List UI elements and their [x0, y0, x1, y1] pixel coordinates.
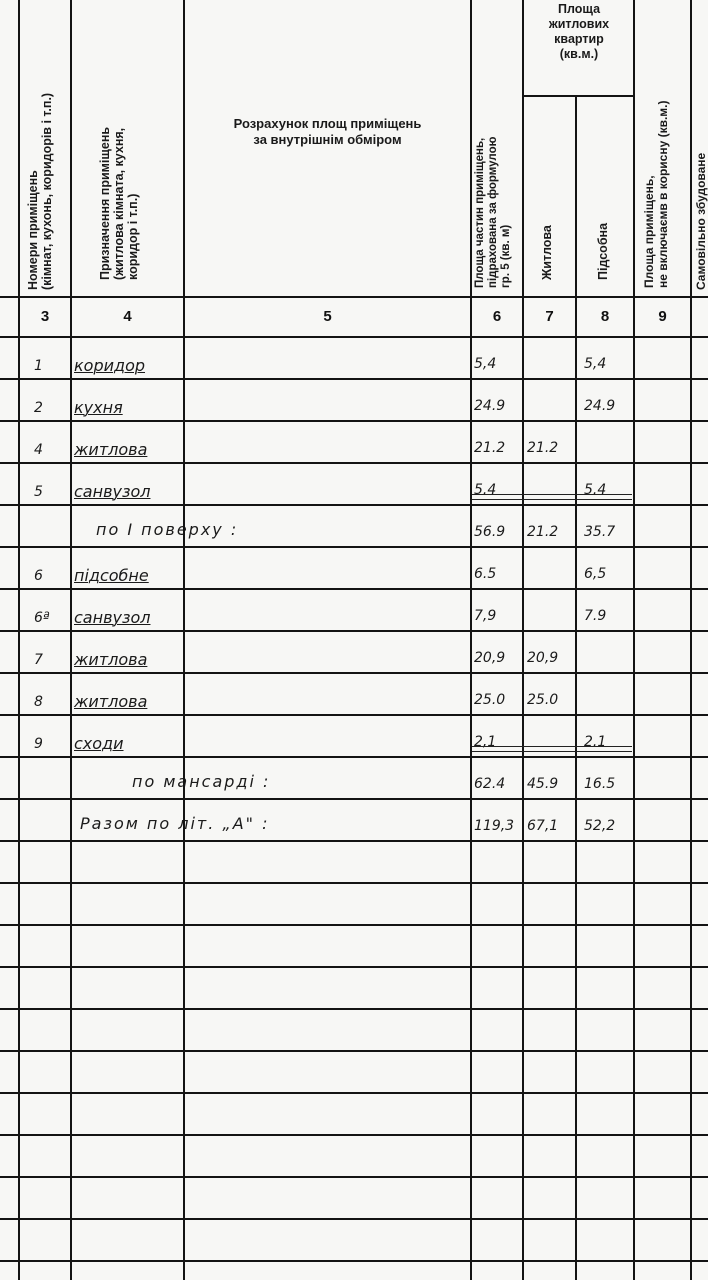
grid-line-horizontal: [0, 1260, 708, 1262]
grid-line-vertical: [575, 95, 577, 1280]
area-living: 21.2: [527, 440, 558, 456]
grid-line-horizontal: [0, 1008, 708, 1010]
area-total: 5,4: [474, 356, 496, 372]
room-number: 6: [34, 568, 43, 584]
grid-line-horizontal: [0, 630, 708, 632]
column-number-7: 7: [524, 308, 575, 325]
area-auxiliary: 52,2: [584, 818, 615, 834]
header-auxiliary: Підсобна: [596, 190, 610, 280]
room-number: 1: [34, 358, 43, 374]
grid-line-horizontal: [522, 95, 633, 97]
room-purpose: санвузол: [74, 608, 150, 627]
room-number: 6ª: [34, 610, 50, 626]
header-room-purpose: Призначення приміщень (житлова кімната, …: [98, 40, 140, 280]
grid-line-horizontal: [0, 672, 708, 674]
grid-line-horizontal: [0, 756, 708, 758]
grid-line-horizontal: [0, 588, 708, 590]
room-number: 2: [34, 400, 43, 416]
grid-line-horizontal: [0, 462, 708, 464]
room-number: 8: [34, 694, 43, 710]
grid-line-horizontal: [0, 798, 708, 800]
grid-line-horizontal: [0, 840, 708, 842]
room-number: 5: [34, 484, 43, 500]
grid-line-vertical: [522, 0, 524, 1280]
table-row: по мансарді :62.445.916.5: [0, 756, 708, 798]
room-purpose: сходи: [74, 734, 124, 753]
area-living: 20,9: [527, 650, 558, 666]
area-auxiliary: 24.9: [584, 398, 615, 414]
area-total: 25.0: [474, 692, 505, 708]
room-number: 9: [34, 736, 43, 752]
column-number-5: 5: [185, 308, 470, 325]
header-living: Житлова: [540, 190, 554, 280]
area-auxiliary: 7.9: [584, 608, 606, 624]
table-row: 4житлова21.221.2: [0, 420, 708, 462]
area-total: 24.9: [474, 398, 505, 414]
area-total: 7,9: [474, 608, 496, 624]
grid-line-vertical: [690, 0, 692, 1280]
room-purpose: кухня: [74, 398, 123, 417]
subtotal-label: по мансарді :: [132, 772, 270, 791]
area-auxiliary: 35.7: [584, 524, 615, 540]
room-purpose: житлова: [74, 650, 147, 669]
table-row: 1коридор5,45,4: [0, 336, 708, 378]
column-number-6: 6: [472, 308, 522, 325]
area-total: 20,9: [474, 650, 505, 666]
room-purpose: коридор: [74, 356, 145, 375]
grid-line-horizontal: [0, 504, 708, 506]
table-row: по I поверху :56.921.235.7: [0, 504, 708, 546]
area-living: 25.0: [527, 692, 558, 708]
grid-line-horizontal: [0, 378, 708, 380]
room-purpose: санвузол: [74, 482, 150, 501]
room-purpose: житлова: [74, 692, 147, 711]
grid-line-horizontal: [0, 966, 708, 968]
column-number-3: 3: [20, 308, 70, 325]
area-total: 56.9: [474, 524, 505, 540]
area-auxiliary: 5,4: [584, 356, 606, 372]
area-total: 119,3: [474, 818, 514, 834]
subtotal-label: по I поверху :: [96, 520, 238, 539]
grid-line-vertical: [18, 0, 20, 1280]
grid-line-horizontal: [0, 1218, 708, 1220]
area-total: 62.4: [474, 776, 505, 792]
inventory-area-table: Номери приміщень (кімнат, кухонь, коридо…: [0, 0, 708, 1280]
subtotal-label: Разом по літ. „А" :: [80, 814, 269, 833]
grid-line-horizontal: [0, 296, 708, 298]
area-living: 45.9: [527, 776, 558, 792]
column-number-4: 4: [72, 308, 183, 325]
grid-line-horizontal: [0, 1050, 708, 1052]
sum-underline: [472, 746, 632, 752]
grid-line-horizontal: [0, 420, 708, 422]
area-total: 6.5: [474, 566, 496, 582]
table-row: 8житлова25.025.0: [0, 672, 708, 714]
area-total: 21.2: [474, 440, 505, 456]
grid-line-horizontal: [0, 336, 708, 338]
header-unauthorized-partial: Самовільно збудоване обл.: [694, 140, 708, 290]
area-living: 67,1: [527, 818, 558, 834]
grid-line-horizontal: [0, 714, 708, 716]
header-excluded-area: Площа приміщень, не включаємв в корисну …: [642, 16, 670, 288]
grid-line-vertical: [70, 0, 72, 1280]
room-number: 4: [34, 442, 43, 458]
header-part-area: Площа частин приміщень, підрахована за ф…: [474, 60, 513, 288]
column-number-8: 8: [577, 308, 633, 325]
room-number: 7: [34, 652, 43, 668]
column-number-9: 9: [635, 308, 690, 325]
table-row: 2кухня24.924.9: [0, 378, 708, 420]
header-area-calculation: Розрахунок площ приміщень за внутрішнім …: [185, 116, 470, 148]
grid-line-vertical: [633, 0, 635, 1280]
grid-line-horizontal: [0, 924, 708, 926]
grid-line-vertical: [183, 0, 185, 1280]
room-purpose: підсобне: [74, 566, 149, 585]
table-row: Разом по літ. „А" :119,367,152,2: [0, 798, 708, 840]
grid-line-horizontal: [0, 1134, 708, 1136]
area-living: 21.2: [527, 524, 558, 540]
sum-underline: [472, 494, 632, 500]
grid-line-horizontal: [0, 546, 708, 548]
grid-line-horizontal: [0, 1092, 708, 1094]
table-row: 6ªсанвузол7,97.9: [0, 588, 708, 630]
table-row: 7житлова20,920,9: [0, 630, 708, 672]
header-apartment-area-group: Площа житлових квартир (кв.м.): [524, 2, 634, 62]
grid-line-horizontal: [0, 1176, 708, 1178]
table-row: 6підсобне6.56,5: [0, 546, 708, 588]
room-purpose: житлова: [74, 440, 147, 459]
grid-line-horizontal: [0, 882, 708, 884]
area-auxiliary: 16.5: [584, 776, 615, 792]
header-room-numbers: Номери приміщень (кімнат, кухонь, коридо…: [26, 30, 54, 290]
grid-line-vertical: [470, 0, 472, 1280]
area-auxiliary: 6,5: [584, 566, 606, 582]
